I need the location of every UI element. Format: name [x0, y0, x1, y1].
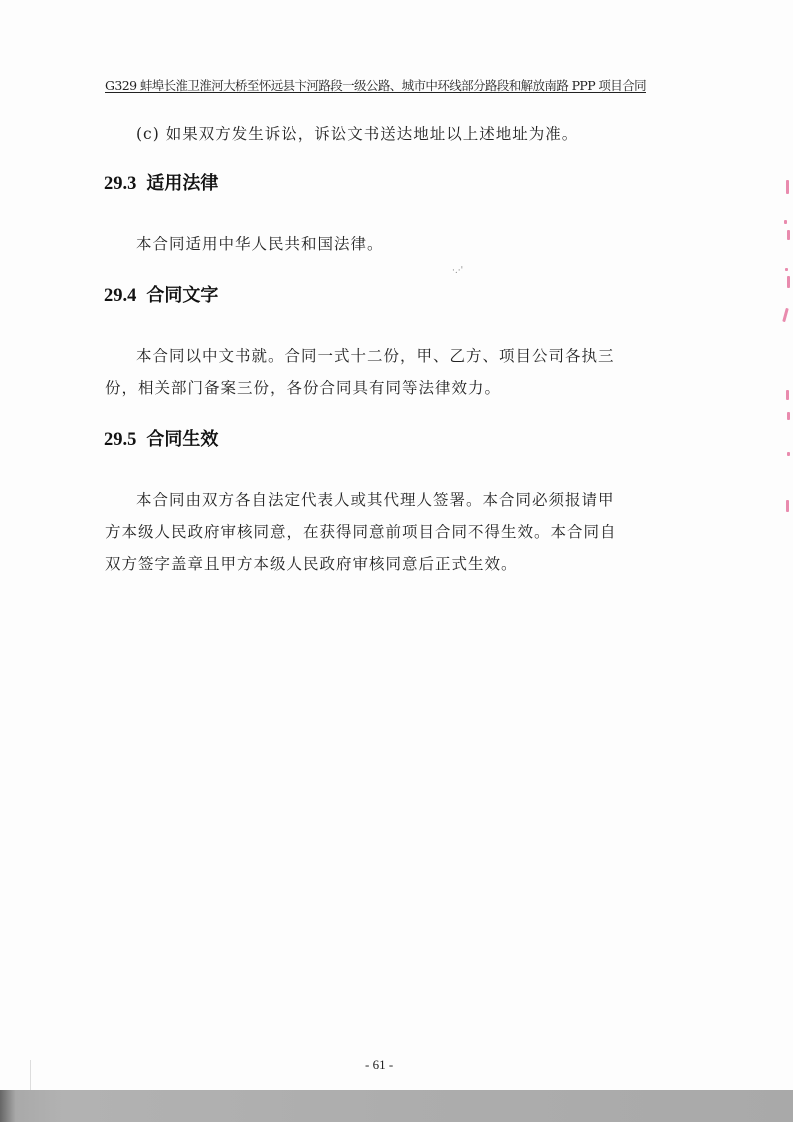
page-number: - 61 - [365, 1057, 393, 1073]
section-heading-29-5: 29.5合同生效 [104, 428, 218, 452]
scanner-bed-shadow [0, 1090, 793, 1122]
scan-speck: ·.·' [452, 266, 463, 276]
running-header: G329 蚌埠长淮卫淮河大桥至怀远县卞河路段一级公路、城市中环线部分路段和解放南… [105, 78, 665, 94]
document-page: G329 蚌埠长淮卫淮河大桥至怀远县卞河路段一级公路、城市中环线部分路段和解放南… [0, 0, 793, 1090]
paragraph-contract-language: 本合同以中文书就。合同一式十二份，甲、乙方、项目公司各执三份，相关部门备案三份，… [105, 340, 630, 404]
section-number: 29.4 [104, 286, 136, 306]
section-heading-29-4: 29.4合同文字 [104, 284, 218, 308]
section-number: 29.3 [104, 174, 136, 194]
paragraph-service-address: (c) 如果双方发生诉讼，诉讼文书送达地址以上述地址为准。 [105, 118, 625, 150]
paragraph-applicable-law: 本合同适用中华人民共和国法律。 [105, 228, 625, 260]
seal-stamp-edge [780, 180, 793, 520]
section-title: 适用法律 [146, 173, 218, 194]
section-number: 29.5 [104, 430, 136, 450]
paragraph-contract-effectiveness: 本合同由双方各自法定代表人或其代理人签署。本合同必须报请甲方本级人民政府审核同意… [105, 484, 630, 580]
section-title: 合同生效 [146, 429, 218, 450]
section-heading-29-3: 29.3适用法律 [104, 172, 218, 196]
paragraph-text: (c) 如果双方发生诉讼，诉讼文书送达地址以上述地址为准。 [136, 125, 578, 143]
paragraph-text: 本合同以中文书就。合同一式十二份，甲、乙方、项目公司各执三份，相关部门备案三份，… [105, 347, 615, 397]
scan-edge-line [30, 1060, 31, 1090]
section-title: 合同文字 [146, 285, 218, 306]
paragraph-text: 本合同由双方各自法定代表人或其代理人签署。本合同必须报请甲方本级人民政府审核同意… [105, 491, 617, 573]
paragraph-text: 本合同适用中华人民共和国法律。 [136, 235, 384, 253]
